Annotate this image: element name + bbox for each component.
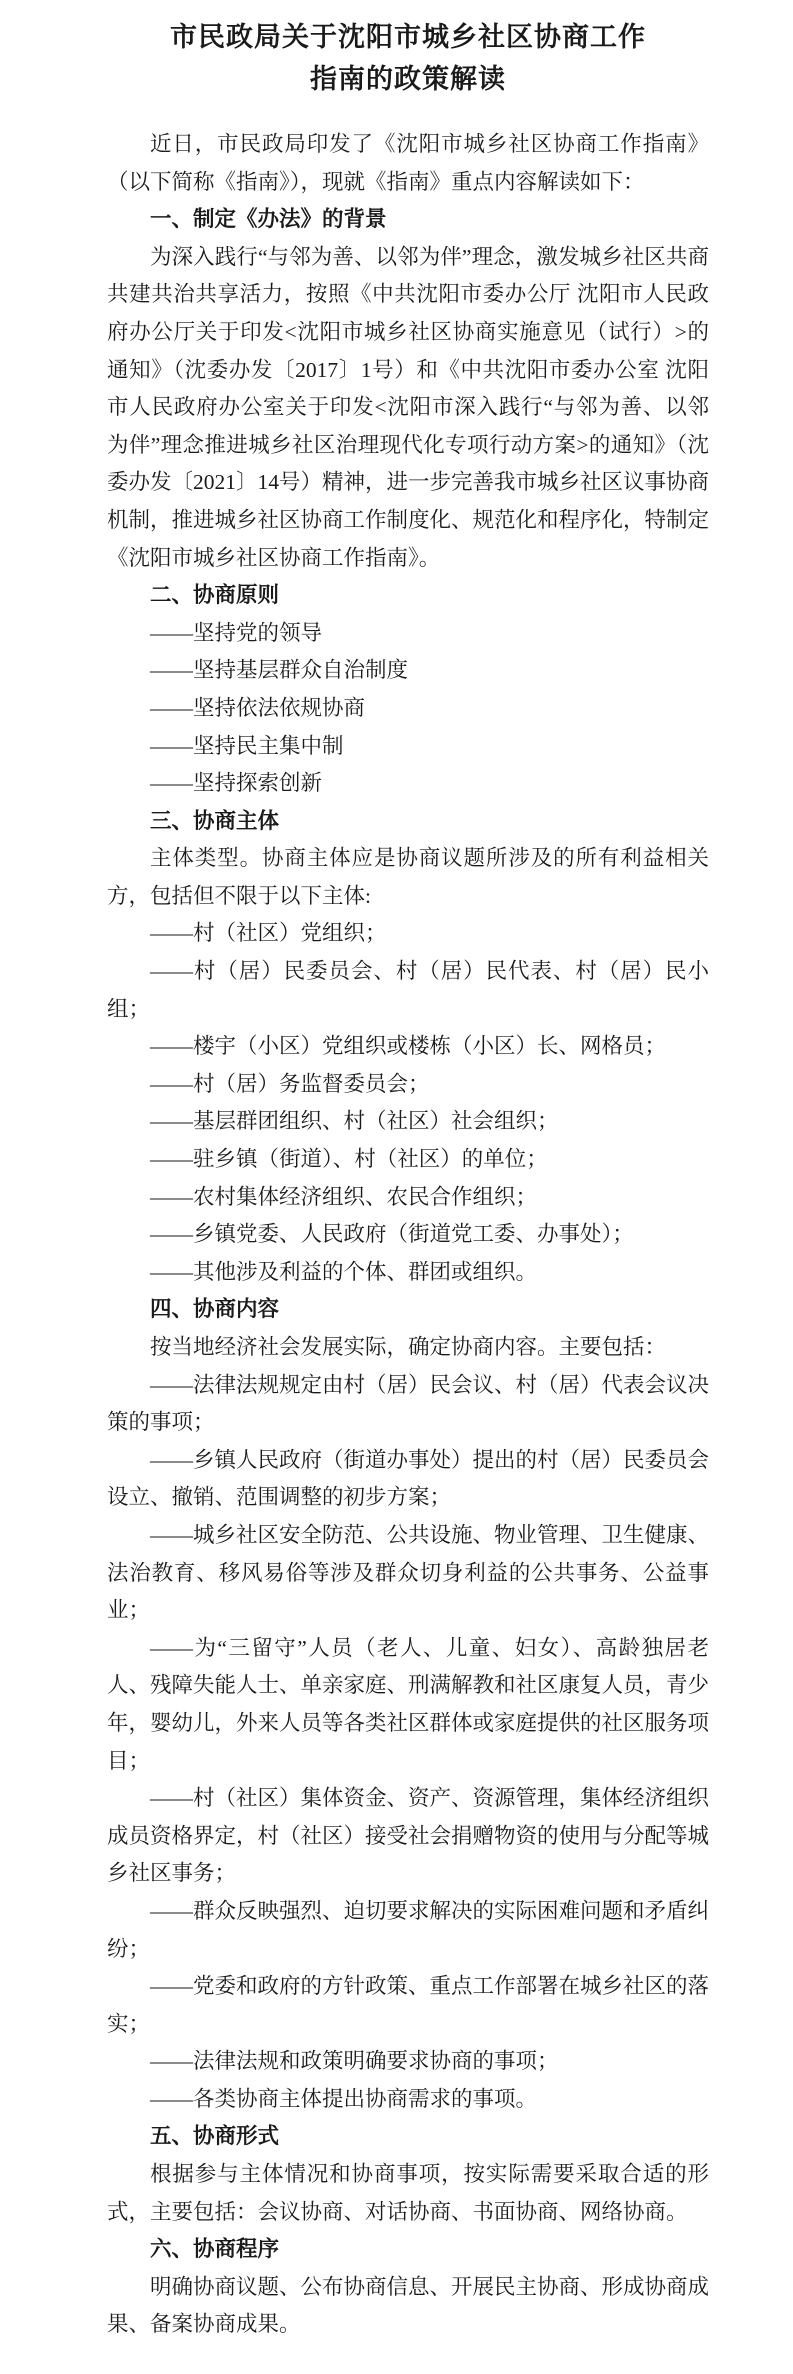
dash-list-item: ——村（居）务监督委员会； <box>107 1066 709 1104</box>
dash-list-item: ——法律法规规定由村（居）民会议、村（居）代表会议决策的事项； <box>107 1367 709 1442</box>
dash-list-item: ——村（社区）党组织； <box>107 915 709 953</box>
body-paragraph: 近日，市民政局印发了《沈阳市城乡社区协商工作指南》（以下简称《指南》），现就《指… <box>107 126 709 201</box>
dash-list-item: ——村（居）民委员会、村（居）民代表、村（居）民小组； <box>107 953 709 1028</box>
document-page: 市民政局关于沈阳市城乡社区协商工作 指南的政策解读 近日，市民政局印发了《沈阳市… <box>0 0 793 2374</box>
dash-list-item: ——驻乡镇（街道）、村（社区）的单位； <box>107 1141 709 1179</box>
dash-list-item: ——党委和政府的方针政策、重点工作部署在城乡社区的落实； <box>107 1968 709 2043</box>
dash-list-item: ——坚持基层群众自治制度 <box>107 652 709 690</box>
dash-list-item: ——楼宇（小区）党组织或楼栋（小区）长、网格员； <box>107 1028 709 1066</box>
dash-list-item: ——坚持依法依规协商 <box>107 690 709 728</box>
body-paragraph: 为深入践行“与邻为善、以邻为伴”理念，激发城乡社区共商共建共治共享活力，按照《中… <box>107 239 709 577</box>
section-heading: 五、协商形式 <box>107 2118 709 2156</box>
dash-list-item: ——坚持民主集中制 <box>107 728 709 766</box>
dash-list-item: ——各类协商主体提出协商需求的事项。 <box>107 2081 709 2119</box>
document-title-line1: 市民政局关于沈阳市城乡社区协商工作 <box>107 16 709 58</box>
dash-list-item: ——法律法规和政策明确要求协商的事项； <box>107 2043 709 2081</box>
section-heading: 三、协商主体 <box>107 803 709 841</box>
document-title: 市民政局关于沈阳市城乡社区协商工作 指南的政策解读 <box>107 16 709 100</box>
dash-list-item: ——乡镇人民政府（街道办事处）提出的村（居）民委员会设立、撤销、范围调整的初步方… <box>107 1442 709 1517</box>
body-paragraph: 明确协商议题、公布协商信息、开展民主协商、形成协商成果、备案协商成果。 <box>107 2269 709 2344</box>
section-heading: 二、协商原则 <box>107 577 709 615</box>
dash-list-item: ——群众反映强烈、迫切要求解决的实际困难问题和矛盾纠纷； <box>107 1893 709 1968</box>
dash-list-item: ——农村集体经济组织、农民合作组织； <box>107 1179 709 1217</box>
dash-list-item: ——坚持党的领导 <box>107 615 709 653</box>
section-heading: 六、协商程序 <box>107 2231 709 2269</box>
body-paragraph: 根据参与主体情况和协商事项，按实际需要采取合适的形式，主要包括：会议协商、对话协… <box>107 2156 709 2231</box>
dash-list-item: ——城乡社区安全防范、公共设施、物业管理、卫生健康、法治教育、移风易俗等涉及群众… <box>107 1517 709 1630</box>
document-title-line2: 指南的政策解读 <box>107 58 709 100</box>
document-body: 近日，市民政局印发了《沈阳市城乡社区协商工作指南》（以下简称《指南》），现就《指… <box>107 126 709 2344</box>
dash-list-item: ——坚持探索创新 <box>107 765 709 803</box>
dash-list-item: ——基层群团组织、村（社区）社会组织； <box>107 1103 709 1141</box>
section-heading: 一、制定《办法》的背景 <box>107 201 709 239</box>
dash-list-item: ——为“三留守”人员（老人、儿童、妇女）、高龄独居老人、残障失能人士、单亲家庭、… <box>107 1630 709 1780</box>
dash-list-item: ——乡镇党委、人民政府（街道党工委、办事处）； <box>107 1216 709 1254</box>
body-paragraph: 按当地经济社会发展实际，确定协商内容。主要包括： <box>107 1329 709 1367</box>
dash-list-item: ——村（社区）集体资金、资产、资源管理，集体经济组织成员资格界定，村（社区）接受… <box>107 1780 709 1893</box>
dash-list-item: ——其他涉及利益的个体、群团或组织。 <box>107 1254 709 1292</box>
section-heading: 四、协商内容 <box>107 1291 709 1329</box>
body-paragraph: 主体类型。协商主体应是协商议题所涉及的所有利益相关方，包括但不限于以下主体: <box>107 840 709 915</box>
